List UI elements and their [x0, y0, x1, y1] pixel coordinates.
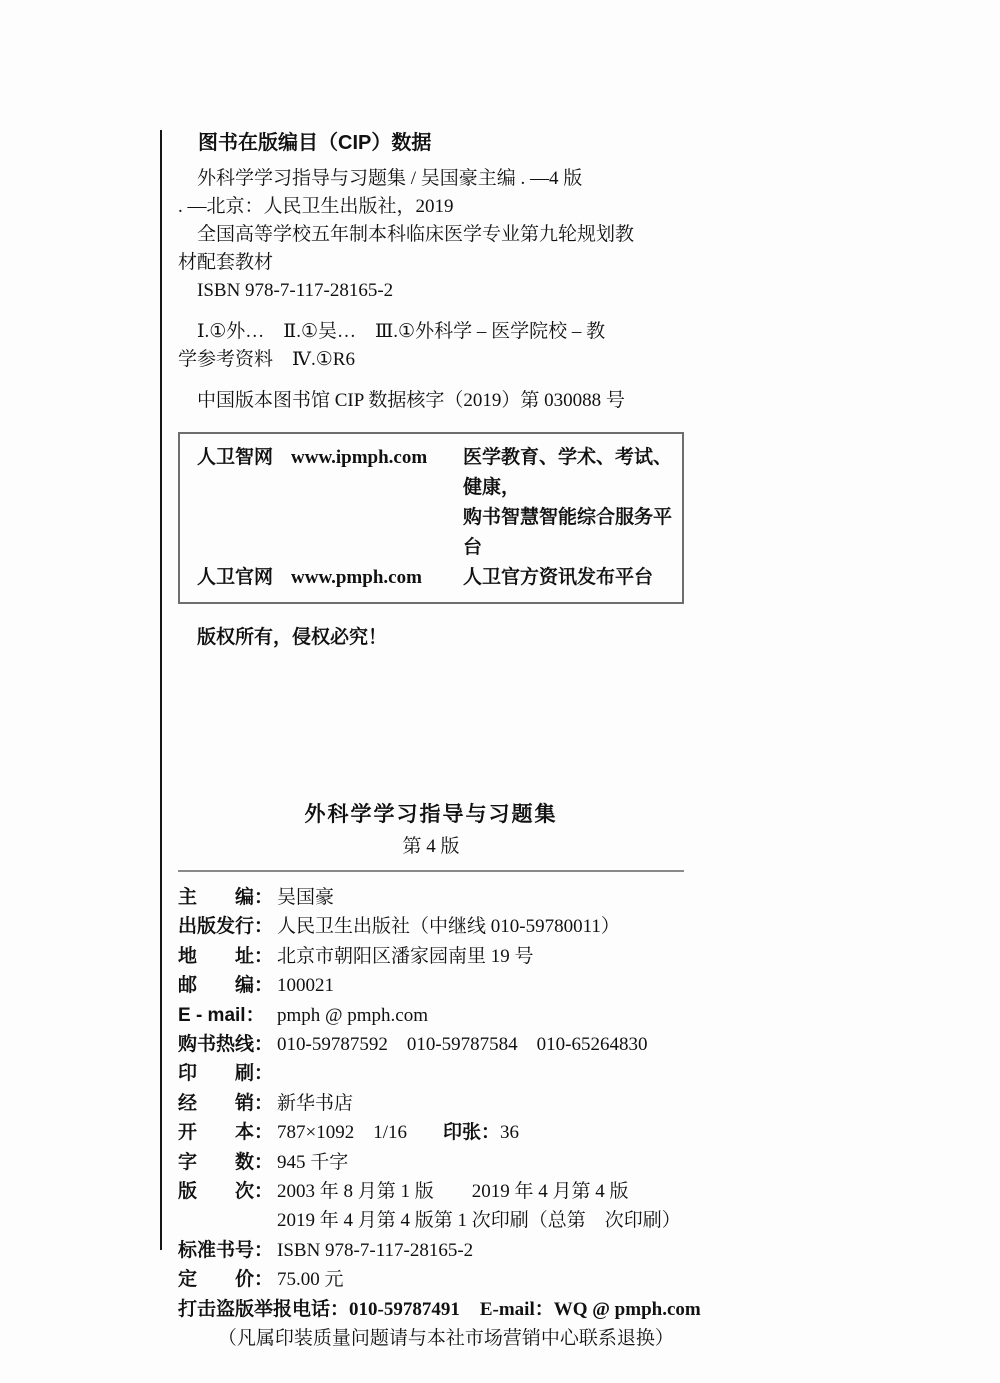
piracy-hotline-label: 打击盗版举报电话：	[178, 1299, 349, 1320]
colophon-label-secondary: 印张：	[443, 1122, 500, 1143]
cip-line: 中国版本图书馆 CIP 数据核字（2019）第 030088 号	[178, 387, 684, 415]
colophon-value-continuation: 2019 年 4 月第 4 版第 1 次印刷（总第 次印刷）	[178, 1206, 684, 1235]
colophon-label: E - mail：	[178, 1001, 277, 1030]
cip-line: 外科学学习指导与习题集 / 吴国豪主编 . —4 版	[178, 165, 684, 193]
colophon-value: 945 千字	[277, 1152, 348, 1173]
colophon-row: E - mail：pmph @ pmph.com	[178, 1001, 684, 1030]
colophon-value: 新华书店	[277, 1093, 353, 1114]
piracy-hotline-phone: 010-59787491	[349, 1299, 460, 1320]
colophon-row: 出版发行：人民卫生出版社（中继线 010-59780011）	[178, 912, 684, 941]
colophon-value: 吴国豪	[277, 887, 334, 908]
cip-line: ISBN 978-7-117-28165-2	[178, 277, 684, 305]
piracy-hotline-row: 打击盗版举报电话：010-59787491E-mail：WQ @ pmph.co…	[178, 1295, 684, 1324]
colophon-value-secondary: 36	[500, 1122, 519, 1143]
platform-description: 医学教育、学术、考试、健康，购书智慧智能综合服务平台	[463, 443, 676, 563]
colophon-label: 标准书号：	[178, 1236, 277, 1265]
colophon-row: 字 数：945 千字	[178, 1148, 684, 1177]
colophon-value: 2003 年 8 月第 1 版 2019 年 4 月第 4 版	[277, 1181, 629, 1202]
colophon-label: 出版发行：	[178, 912, 277, 941]
colophon-value: 010-59787592 010-59787584 010-65264830	[277, 1034, 647, 1055]
colophon-label: 主 编：	[178, 883, 277, 912]
colophon-label: 地 址：	[178, 942, 277, 971]
piracy-email-value: WQ @ pmph.com	[554, 1299, 701, 1320]
platform-name: 人卫智网	[197, 443, 291, 473]
colophon-value: 100021	[277, 975, 334, 996]
copyright-notice: 版权所有，侵权必究！	[178, 624, 684, 652]
colophon-value: 北京市朝阳区潘家园南里 19 号	[277, 946, 534, 967]
colophon-row: 经 销：新华书店	[178, 1089, 684, 1118]
colophon-row: 开 本：787×1092 1/16印张：36	[178, 1118, 684, 1147]
book-title: 外科学学习指导与习题集	[178, 802, 684, 828]
platform-description: 人卫官方资讯发布平台	[463, 563, 653, 593]
colophon-value: ISBN 978-7-117-28165-2	[277, 1240, 473, 1261]
platform-url: www.pmph.com	[291, 563, 463, 593]
colophon-value: 人民卫生出版社（中继线 010-59780011）	[277, 916, 620, 937]
services-box-row: 人卫官网www.pmph.com人卫官方资讯发布平台	[197, 563, 676, 593]
colophon-label: 版 次：	[178, 1177, 277, 1206]
colophon-label: 字 数：	[178, 1148, 277, 1177]
platform-description-line: 人卫官方资讯发布平台	[463, 563, 653, 593]
colophon-value: 787×1092 1/16	[277, 1122, 407, 1143]
colophon-label: 印 刷：	[178, 1059, 277, 1088]
left-margin-rule	[160, 130, 162, 1250]
colophon-value: pmph @ pmph.com	[277, 1005, 428, 1026]
page-content: 图书在版编目（CIP）数据 外科学学习指导与习题集 / 吴国豪主编 . —4 版…	[178, 128, 684, 1354]
colophon-row: 版 次：2003 年 8 月第 1 版 2019 年 4 月第 4 版	[178, 1177, 684, 1206]
colophon-row: 标准书号：ISBN 978-7-117-28165-2	[178, 1236, 684, 1265]
colophon-label: 邮 编：	[178, 971, 277, 1000]
edition-label: 第 4 版	[178, 835, 684, 859]
piracy-email-label: E-mail：	[480, 1299, 554, 1320]
colophon-label: 经 销：	[178, 1089, 277, 1118]
divider-rule	[178, 870, 684, 872]
cip-line: . —北京：人民卫生出版社，2019	[178, 193, 684, 221]
platform-url: www.ipmph.com	[291, 443, 463, 473]
colophon-row: 主 编：吴国豪	[178, 883, 684, 912]
cip-lines: 外科学学习指导与习题集 / 吴国豪主编 . —4 版. —北京：人民卫生出版社，…	[178, 165, 684, 415]
colophon-value: 75.00 元	[277, 1269, 344, 1290]
services-box-row: 人卫智网www.ipmph.com医学教育、学术、考试、健康，购书智慧智能综合服…	[197, 443, 676, 563]
cip-block: 图书在版编目（CIP）数据 外科学学习指导与习题集 / 吴国豪主编 . —4 版…	[178, 128, 684, 415]
cip-line: 学参考资料 Ⅳ.①R6	[178, 346, 684, 374]
cip-line: 材配套教材	[178, 249, 684, 277]
platform-name: 人卫官网	[197, 563, 291, 593]
cip-line: Ⅰ.①外… Ⅱ.①吴… Ⅲ.①外科学 – 医学院校 – 教	[178, 318, 684, 346]
publisher-services-box: 人卫智网www.ipmph.com医学教育、学术、考试、健康，购书智慧智能综合服…	[178, 432, 684, 604]
colophon-row: 地 址：北京市朝阳区潘家园南里 19 号	[178, 942, 684, 971]
colophon-row: 印 刷：	[178, 1059, 684, 1088]
book-copyright-page: 图书在版编目（CIP）数据 外科学学习指导与习题集 / 吴国豪主编 . —4 版…	[0, 0, 1000, 1383]
platform-description-line: 购书智慧智能综合服务平台	[463, 503, 676, 563]
colophon-row: 邮 编：100021	[178, 971, 684, 1000]
quality-note: （凡属印装质量问题请与本社市场营销中心联系退换）	[178, 1324, 684, 1353]
title-block: 外科学学习指导与习题集 第 4 版	[178, 802, 684, 872]
colophon-label: 购书热线：	[178, 1030, 277, 1059]
platform-description-line: 医学教育、学术、考试、健康，	[463, 443, 676, 503]
colophon-label: 开 本：	[178, 1118, 277, 1147]
colophon-rows: 主 编：吴国豪出版发行：人民卫生出版社（中继线 010-59780011）地 址…	[178, 883, 684, 1295]
colophon-label: 定 价：	[178, 1265, 277, 1294]
cip-line: 全国高等学校五年制本科临床医学专业第九轮规划教	[178, 221, 684, 249]
cip-heading: 图书在版编目（CIP）数据	[178, 128, 684, 158]
colophon-row: 购书热线：010-59787592 010-59787584 010-65264…	[178, 1030, 684, 1059]
colophon-row: 定 价：75.00 元	[178, 1265, 684, 1294]
